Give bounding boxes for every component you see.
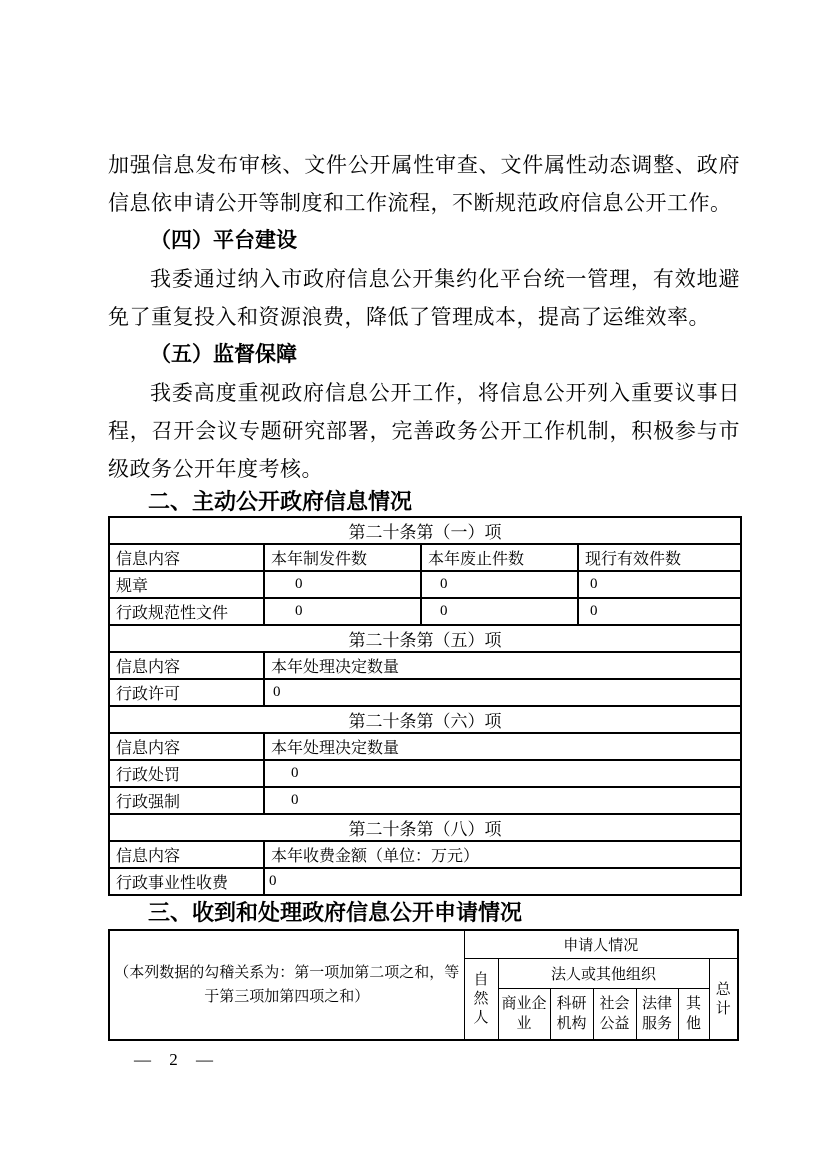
value-cell: 0 [264,787,741,814]
total-cell: 总计 [709,958,738,1040]
legal-org-column-cell: 社会公益 [593,988,636,1040]
header-cell: 信息内容 [109,544,264,571]
section-heading-2: 二、主动公开政府信息情况 [108,488,740,516]
header-cell: 信息内容 [109,733,264,760]
body-paragraph: 我委通过纳入市政府信息公开集约化平台统一管理，有效地避免了重复投入和资源浪费，降… [108,260,740,336]
table-row: （本列数据的勾稽关系为：第一项加第二项之和，等于第三项加第四项之和） 申请人情况 [109,930,738,958]
header-cell: 本年处理决定数量 [264,652,741,679]
table-row: 第二十条第（五）项 [109,625,741,652]
section-header-cell: 第二十条第（六）项 [109,706,741,733]
label-cell: 行政规范性文件 [109,598,264,625]
table-row: 规章 0 0 0 [109,571,741,598]
table-row: 第二十条第（六）项 [109,706,741,733]
value-cell: 0 [264,598,421,625]
table-row: 行政强制 0 [109,787,741,814]
legal-org-header-cell: 法人或其他组织 [498,958,709,988]
header-cell: 本年废止件数 [421,544,578,571]
table-row: 行政处罚 0 [109,760,741,787]
label-cell: 行政强制 [109,787,264,814]
label-cell: 行政处罚 [109,760,264,787]
section-header-cell: 第二十条第（一）项 [109,517,741,544]
label-cell: 行政许可 [109,679,264,706]
section-header-cell: 第二十条第（八）项 [109,814,741,841]
value-cell: 0 [264,760,741,787]
value-cell: 0 [264,868,741,895]
body-paragraph: 我委高度重视政府信息公开工作，将信息公开列入重要议事日程，召开会议专题研究部署，… [108,374,740,488]
value-cell: 0 [264,571,421,598]
label-cell: 规章 [109,571,264,598]
note-cell: （本列数据的勾稽关系为：第一项加第二项之和，等于第三项加第四项之和） [109,930,464,1040]
document-page: 加强信息发布审核、文件公开属性审查、文件属性动态调整、政府信息依申请公开等制度和… [0,0,827,1169]
legal-org-column-cell: 商业企业 [498,988,550,1040]
label-cell: 行政事业性收费 [109,868,264,895]
header-cell: 本年收费金额（单位：万元） [264,841,741,868]
table-row: 行政许可 0 [109,679,741,706]
table-applications: （本列数据的勾稽关系为：第一项加第二项之和，等于第三项加第四项之和） 申请人情况… [108,929,739,1041]
header-cell: 本年制发件数 [264,544,421,571]
page-content: 加强信息发布审核、文件公开属性审查、文件属性动态调整、政府信息依申请公开等制度和… [108,146,740,1041]
header-cell: 现行有效件数 [578,544,741,571]
legal-org-column-cell: 科研机构 [550,988,593,1040]
value-cell: 0 [578,598,741,625]
table-row: 信息内容 本年制发件数 本年废止件数 现行有效件数 [109,544,741,571]
table-row: 信息内容 本年收费金额（单位：万元） [109,841,741,868]
applicant-header-cell: 申请人情况 [464,930,738,958]
subsection-heading-5: （五）监督保障 [108,336,740,374]
table-row: 第二十条第（一）项 [109,517,741,544]
legal-org-column-cell: 其他 [678,988,709,1040]
value-cell: 0 [578,571,741,598]
value-cell: 0 [421,598,578,625]
table-row: 信息内容 本年处理决定数量 [109,733,741,760]
value-cell: 0 [264,679,741,706]
table-row: 行政事业性收费 0 [109,868,741,895]
table-article-20: 第二十条第（一）项 信息内容 本年制发件数 本年废止件数 现行有效件数 规章 0… [108,516,742,896]
section-header-cell: 第二十条第（五）项 [109,625,741,652]
subsection-heading-4: （四）平台建设 [108,222,740,260]
section-heading-3: 三、收到和处理政府信息公开申请情况 [108,896,740,929]
header-cell: 信息内容 [109,652,264,679]
body-paragraph: 加强信息发布审核、文件公开属性审查、文件属性动态调整、政府信息依申请公开等制度和… [108,146,740,222]
header-cell: 本年处理决定数量 [264,733,741,760]
table-row: 第二十条第（八）项 [109,814,741,841]
value-cell: 0 [421,571,578,598]
table-row: 信息内容 本年处理决定数量 [109,652,741,679]
legal-org-column-cell: 法律服务 [636,988,678,1040]
natural-person-cell: 自然人 [464,958,498,1040]
page-number: — 2 — [134,1050,213,1070]
table-row: 行政规范性文件 0 0 0 [109,598,741,625]
header-cell: 信息内容 [109,841,264,868]
